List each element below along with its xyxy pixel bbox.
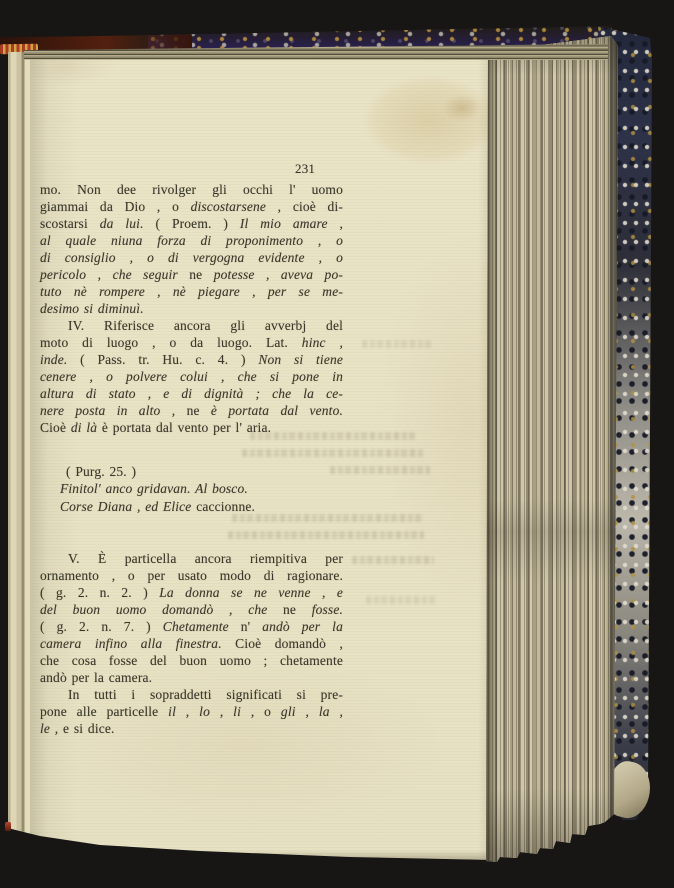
text-line: Finitol' anco gridavan. Al bosco. xyxy=(40,480,343,497)
roman-text-segment: ( Pass. tr. Hu. c. 4. ) xyxy=(67,352,258,367)
roman-text-segment: ne xyxy=(187,403,200,418)
italic-text-segment: Chetamente xyxy=(163,619,241,634)
italic-text-segment: Non si tiene xyxy=(258,352,343,367)
text-line: ( Purg. 25. ) xyxy=(40,463,343,480)
italic-text-segment: di là xyxy=(71,420,97,435)
text-line: IV. Riferisce ancora gli avverbj del xyxy=(40,317,343,334)
roman-text-segment: giammai da Dio , o xyxy=(40,199,191,214)
text-line: ( g. 2. n. 2. ) La donna se ne venne , e xyxy=(40,585,343,602)
italic-text-segment: potesse , aveva po- xyxy=(202,267,343,282)
italic-text-segment: Il mio amare , xyxy=(240,216,343,231)
text-line: mo. Non dee rivolger gli occhi l' uomo xyxy=(40,181,343,198)
text-line: scostarsi da lui. ( Proem. ) Il mio amar… xyxy=(40,215,343,232)
text-line: moto di luogo , o da luogo. Lat. hinc , xyxy=(40,334,343,351)
italic-text-segment: le , xyxy=(40,721,58,736)
roman-text-segment: , cioè di- xyxy=(266,199,343,214)
text-line: inde. ( Pass. tr. Hu. c. 4. ) Non si tie… xyxy=(40,351,343,368)
fore-edge-page-stack xyxy=(484,34,618,864)
italic-text-segment: La donna se ne venne , e xyxy=(159,585,343,600)
bleed-through-line xyxy=(366,596,438,604)
roman-text-segment: ornamento , o per usato modo di ragionar… xyxy=(40,568,343,583)
paragraph-continuation: mo. Non dee rivolger gli occhi l' uomogi… xyxy=(40,181,343,317)
text-line: ( g. 2. n. 7. ) Chetamente n' andò per l… xyxy=(40,619,343,636)
roman-text-segment: ( Purg. 25. ) xyxy=(66,464,136,479)
italic-text-segment: fosse. xyxy=(296,602,343,617)
italic-text-segment: pericolo , che seguir xyxy=(40,267,189,282)
page-number: 231 xyxy=(40,161,343,177)
roman-text-segment: Cioè domandò , xyxy=(222,636,343,651)
paragraph-v: V. È particella ancora riempitiva perorn… xyxy=(40,551,343,738)
roman-text-segment: ( Proem. ) xyxy=(144,216,240,231)
text-line: pone alle particelle il , lo , li , o gl… xyxy=(40,704,343,721)
italic-text-segment: del buon uomo domandò , che xyxy=(40,602,283,617)
italic-text-segment: discostarsene xyxy=(191,199,266,214)
text-line: ornamento , o per usato modo di ragionar… xyxy=(40,568,343,585)
italic-text-segment: cenere , o polvere colui , che si pone i… xyxy=(40,369,343,384)
text-line: nere posta in alto , ne è portata dal ve… xyxy=(40,402,343,419)
roman-text-segment: e si dice. xyxy=(58,721,114,736)
italic-text-segment: il , lo , li , xyxy=(168,704,254,719)
roman-text-segment: o xyxy=(254,704,281,719)
text-line: del buon uomo domandò , che ne fosse. xyxy=(40,602,343,619)
roman-text-segment: ( g. 2. n. 7. ) xyxy=(40,619,163,634)
italic-text-segment: hinc , xyxy=(302,335,343,350)
roman-text-segment: pone alle particelle xyxy=(40,704,168,719)
text-line: di consiglio , o di vergogna evidente , … xyxy=(40,249,343,266)
italic-text-segment: altura di stato , e di dignità ; che la … xyxy=(40,386,343,401)
roman-text-segment: Cioè xyxy=(40,420,71,435)
roman-text-segment: andò per la camera. xyxy=(40,670,152,685)
roman-text-segment: è portata dal vento per l' aria. xyxy=(97,420,271,435)
text-line: che cosa fosse del buon uomo ; chetament… xyxy=(40,653,343,670)
roman-text-segment: ne xyxy=(283,602,296,617)
text-line: pericolo , che seguir ne potesse , aveva… xyxy=(40,266,343,283)
roman-text-segment: ne xyxy=(189,267,202,282)
roman-text-segment: V. È particella ancora riempitiva per xyxy=(68,551,343,566)
roman-text-segment: ( g. 2. n. 2. ) xyxy=(40,585,159,600)
roman-text-segment: moto di luogo , o da luogo. Lat. xyxy=(40,335,302,350)
italic-text-segment: da lui. xyxy=(100,216,144,231)
roman-text-segment: In tutti i sopraddetti significati si pr… xyxy=(68,687,343,702)
text-line: giammai da Dio , o discostarsene , cioè … xyxy=(40,198,343,215)
verse-citation: ( Purg. 25. )Finitol' anco gridavan. Al … xyxy=(40,463,343,515)
roman-text-segment: mo. Non dee rivolger gli occhi l' uomo xyxy=(40,182,343,197)
endband-tail xyxy=(5,822,11,831)
text-line: al quale niuna forza di proponimento , o xyxy=(40,232,343,249)
text-line: Corse Diana , ed Elice caccionne. xyxy=(40,498,343,515)
roman-text-segment: che cosa fosse del buon uomo ; chetament… xyxy=(40,653,343,668)
italic-text-segment: desimo si diminuì. xyxy=(40,301,144,316)
italic-text-segment: inde. xyxy=(40,352,67,367)
text-line: le , e si dice. xyxy=(40,721,343,738)
text-line: andò per la camera. xyxy=(40,670,343,687)
text-line: desimo si diminuì. xyxy=(40,300,343,317)
text-line: tuto nè rompere , nè piegare , per se me… xyxy=(40,283,343,300)
italic-text-segment: camera infino alla finestra. xyxy=(40,636,222,651)
italic-text-segment: andò per la xyxy=(250,619,343,634)
gutter-page-edge xyxy=(8,46,30,864)
italic-text-segment: Finitol' anco gridavan. Al bosco. xyxy=(60,481,248,496)
roman-text-segment: IV. Riferisce ancora gli avverbj del xyxy=(68,318,343,333)
text-line: V. È particella ancora riempitiva per xyxy=(40,551,343,568)
bleed-through-line xyxy=(362,340,432,348)
italic-text-segment: di consiglio , o di vergogna evidente , … xyxy=(40,250,343,265)
italic-text-segment: Corse Diana , ed Elice xyxy=(60,499,196,514)
roman-text-segment: caccionne. xyxy=(196,499,255,514)
bleed-through-line xyxy=(352,556,434,564)
text-line: cenere , o polvere colui , che si pone i… xyxy=(40,368,343,385)
text-line: In tutti i sopraddetti significati si pr… xyxy=(40,687,343,704)
paragraph-iv: IV. Riferisce ancora gli avverbj delmoto… xyxy=(40,317,343,436)
roman-text-segment: scostarsi xyxy=(40,216,100,231)
text-column: 231 mo. Non dee rivolger gli occhi l' uo… xyxy=(40,161,343,738)
book-photo: 231 mo. Non dee rivolger gli occhi l' uo… xyxy=(0,0,674,888)
italic-text-segment: nere posta in alto , xyxy=(40,403,187,418)
text-blocks: mo. Non dee rivolger gli occhi l' uomogi… xyxy=(40,181,343,738)
text-line: Cioè di là è portata dal vento per l' ar… xyxy=(40,419,343,436)
italic-text-segment: tuto nè rompere , nè piegare , per se me… xyxy=(40,284,343,299)
italic-text-segment: al quale niuna forza di proponimento , o xyxy=(40,233,343,248)
text-line: altura di stato , e di dignità ; che la … xyxy=(40,385,343,402)
italic-text-segment: gli , la , xyxy=(281,704,343,719)
italic-text-segment: è portata dal vento. xyxy=(200,403,343,418)
bleed-through-line xyxy=(330,466,430,474)
text-line: camera infino alla finestra. Cioè domand… xyxy=(40,636,343,653)
roman-text-segment: n' xyxy=(241,619,250,634)
